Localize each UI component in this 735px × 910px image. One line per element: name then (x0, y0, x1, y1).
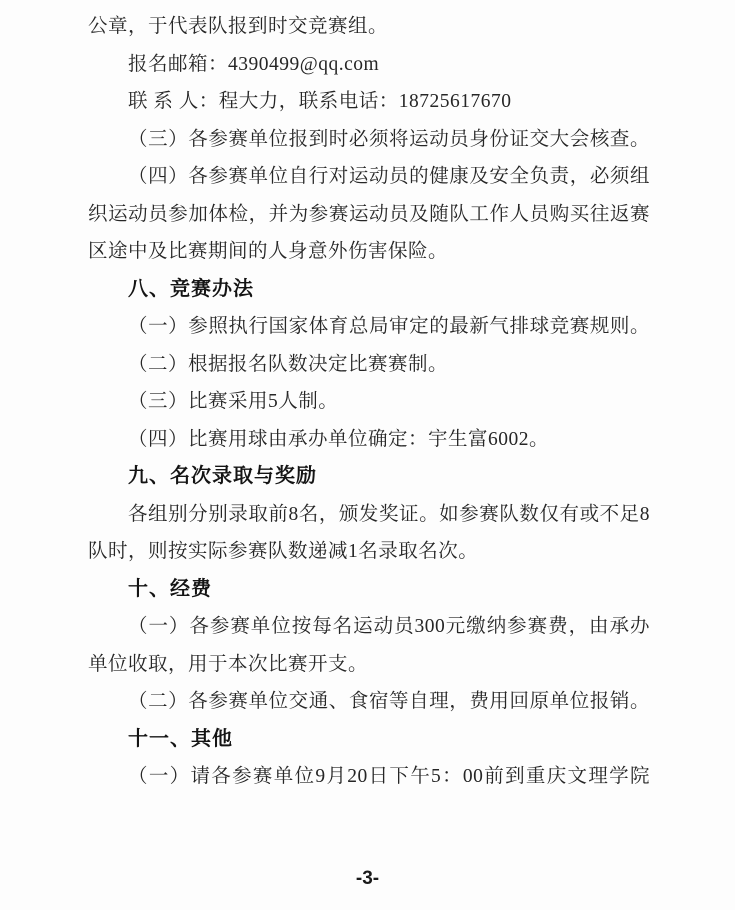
text-line-rule-3: （三）比赛采用5人制。 (88, 383, 650, 421)
text-line-rule-4: （四）比赛用球由承办单位确定：宇生富6002。 (88, 421, 650, 459)
text-line-item-4-cont: 织运动员参加体检，并为参赛运动员及随队工作人员购买往返赛 (88, 196, 650, 234)
text-line-rule-2: （二）根据报名队数决定比赛赛制。 (88, 346, 650, 384)
section-heading-10: 十、经费 (88, 571, 650, 609)
text-line-awards-cont: 队时，则按实际参赛队数递减1名录取名次。 (88, 533, 650, 571)
text-line-other-1: （一）请各参赛单位9月20日下午5：00前到重庆文理学院 (88, 758, 650, 796)
section-heading-9: 九、名次录取与奖励 (88, 458, 650, 496)
text-line-awards: 各组别分别录取前8名，颁发奖证。如参赛队数仅有或不足8 (88, 496, 650, 534)
text-line-item-4: （四）各参赛单位自行对运动员的健康及安全负责，必须组 (88, 158, 650, 196)
text-line-item-3: （三）各参赛单位报到时必须将运动员身份证交大会核查。 (88, 121, 650, 159)
text-line-email: 报名邮箱：4390499@qq.com (88, 46, 650, 84)
text-line-continuation: 公章，于代表队报到时交竞赛组。 (88, 8, 650, 46)
text-line-rule-1: （一）参照执行国家体育总局审定的最新气排球竞赛规则。 (88, 308, 650, 346)
document-body: 公章，于代表队报到时交竞赛组。 报名邮箱：4390499@qq.com 联 系 … (88, 8, 650, 796)
document-page: 公章，于代表队报到时交竞赛组。 报名邮箱：4390499@qq.com 联 系 … (0, 0, 735, 910)
text-line-fee-2: （二）各参赛单位交通、食宿等自理，费用回原单位报销。 (88, 683, 650, 721)
text-line-item-4-end: 区途中及比赛期间的人身意外伤害保险。 (88, 233, 650, 271)
text-line-fee-1: （一）各参赛单位按每名运动员300元缴纳参赛费，由承办 (88, 608, 650, 646)
text-line-contact: 联 系 人：程大力，联系电话：18725617670 (88, 83, 650, 121)
section-heading-11: 十一、其他 (88, 721, 650, 759)
page-number: -3- (0, 868, 735, 890)
section-heading-8: 八、竞赛办法 (88, 271, 650, 309)
text-line-fee-1-cont: 单位收取，用于本次比赛开支。 (88, 646, 650, 684)
